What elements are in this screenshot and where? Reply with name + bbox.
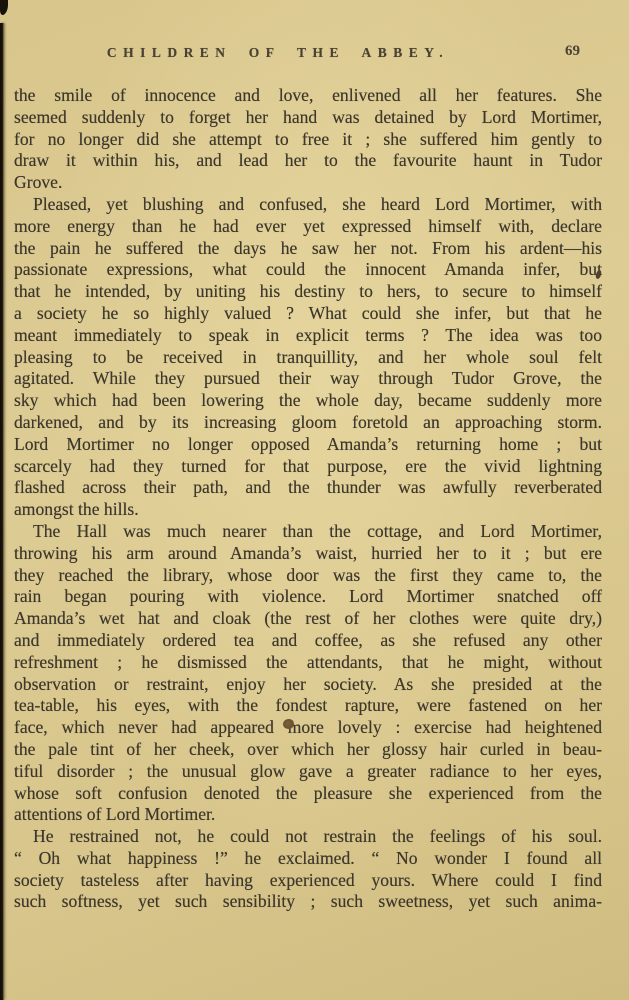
text-line: pleasing to be received in tranquillity,…: [14, 347, 602, 369]
book-title-header: CHILDREN OF THE ABBEY.: [14, 45, 542, 61]
text-line: rain began pouring with violence. Lord M…: [14, 586, 602, 608]
text-line: meant immediately to speak in explicit t…: [14, 325, 602, 347]
scan-edge-strip: [0, 23, 4, 1000]
text-line: refreshment ; he dismissed the attendant…: [14, 652, 602, 674]
text-line: Lord Mortimer no longer opposed Amanda’s…: [14, 434, 602, 456]
running-header: CHILDREN OF THE ABBEY. 69: [14, 45, 602, 65]
text-line: flashed across their path, and the thund…: [14, 477, 602, 499]
text-line: throwing his arm around Amanda’s waist, …: [14, 543, 602, 565]
book-page: CHILDREN OF THE ABBEY. 69 the smile of i…: [0, 0, 629, 1000]
text-line: a society he so highly valued ? What cou…: [14, 303, 602, 325]
page-number: 69: [565, 43, 580, 60]
scan-corner-mark: [0, 0, 8, 15]
text-line: face, which never had appeared more love…: [14, 717, 602, 739]
text-line: passionate expressions, what could the i…: [14, 259, 602, 281]
text-line: they reached the library, whose door was…: [14, 565, 602, 587]
text-line: for no longer did she attempt to free it…: [14, 129, 602, 151]
text-line: such softness, yet such sensibility ; su…: [14, 891, 602, 913]
text-line: draw it within his, and lead her to the …: [14, 150, 602, 172]
text-line: agitated. While they pursued their way t…: [14, 368, 602, 390]
text-line: the pale tint of her cheek, over which h…: [14, 739, 602, 761]
text-line: tiful disorder ; the unusual glow gave a…: [14, 761, 602, 783]
text-line: Grove.: [14, 172, 602, 194]
text-line: He restrained not, he could not restrain…: [14, 826, 602, 848]
text-line: darkened, and by its increasing gloom fo…: [14, 412, 602, 434]
text-line: more energy than he had ever yet express…: [14, 216, 602, 238]
text-line: tea-table, his eyes, with the fondest ra…: [14, 695, 602, 717]
text-line: scarcely had they turned for that purpos…: [14, 456, 602, 478]
text-line: Pleased, yet blushing and confused, she …: [14, 194, 602, 216]
text-line: that he intended, by uniting his destiny…: [14, 281, 602, 303]
text-line: the smile of innocence and love, enliven…: [14, 85, 602, 107]
text-line: seemed suddenly to forget her hand was d…: [14, 107, 602, 129]
text-line: observation or restraint, enjoy her soci…: [14, 674, 602, 696]
stain-spot: [283, 719, 294, 729]
text-line: The Hall was much nearer than the cottag…: [14, 521, 602, 543]
text-line: “ Oh what happiness !” he exclaimed. “ N…: [14, 848, 602, 870]
text-line: Amanda’s wet hat and cloak (the rest of …: [14, 608, 602, 630]
text-block: the smile of innocence and love, enliven…: [14, 85, 602, 913]
text-line: whose soft confusion denoted the pleasur…: [14, 783, 602, 805]
text-line: the pain he suffered the days he saw her…: [14, 238, 602, 260]
text-line: attentions of Lord Mortimer.: [14, 804, 602, 826]
text-line: society tasteless after having experienc…: [14, 870, 602, 892]
text-line: and immediately ordered tea and coffee, …: [14, 630, 602, 652]
text-line: amongst the hills.: [14, 499, 602, 521]
text-line: sky which had been lowering the whole da…: [14, 390, 602, 412]
